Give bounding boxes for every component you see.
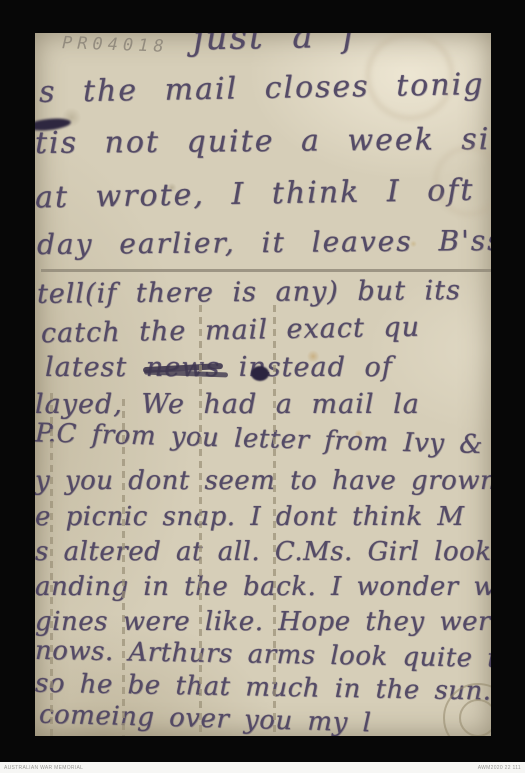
handwriting-line: P.C from you letter from Ivy & oth	[35, 418, 491, 461]
card-divider-line	[41, 269, 491, 272]
handwriting-line: comeing over you my l	[39, 700, 372, 736]
scan-viewport: PR04018 just a f s the mail closes tonig…	[0, 0, 525, 773]
handwriting-line: anding in the back. I wonder wha	[35, 572, 491, 602]
perforation-dash-line	[50, 393, 53, 736]
handwriting-segment: latest	[45, 352, 146, 383]
ink-blot	[251, 366, 269, 381]
handwriting-line: just a f	[193, 33, 358, 58]
handwriting-line: e picnic snap. I dont think M	[35, 502, 465, 532]
scribbled-out-word: news	[146, 352, 220, 383]
archive-footer-bar: AUSTRALIAN WAR MEMORIAL AWM2020 22 111	[0, 762, 525, 773]
handwriting-segment: instead of	[220, 352, 393, 383]
letter-paper: PR04018 just a f s the mail closes tonig…	[35, 33, 491, 736]
handwriting-line: tis not quite a week si	[35, 122, 490, 161]
handwriting-line: day earlier, it leaves B'ss	[37, 224, 491, 261]
archive-stamp-id: PR04018	[62, 33, 169, 57]
handwriting-line: s altered at all. C.Ms. Girl lookin	[35, 537, 491, 567]
handwriting-line: at wrote, I think I oft ge	[35, 172, 491, 216]
perforation-dash-line	[273, 305, 276, 736]
handwriting-line: layed, We had a mail la	[35, 389, 420, 420]
postmark-ring-inner	[459, 699, 491, 736]
handwriting-line: gines were like. Hope they were	[35, 607, 491, 637]
handwriting-line: y you dont seem to have grown a	[35, 466, 491, 496]
handwriting-line: nows. Arthurs arms look quite ta	[35, 636, 491, 674]
handwriting-line: catch the mail exact qu	[41, 312, 421, 350]
footer-reference-number: AWM2020 22 111	[478, 765, 521, 771]
perforation-dash-line	[122, 399, 125, 736]
perforation-dash-line	[199, 305, 202, 736]
handwriting-line: latest news instead of	[45, 352, 393, 383]
paper-stain	[365, 33, 455, 121]
footer-archive-label: AUSTRALIAN WAR MEMORIAL	[4, 765, 83, 771]
handwriting-line: tell(if there is any) but its	[37, 275, 461, 310]
